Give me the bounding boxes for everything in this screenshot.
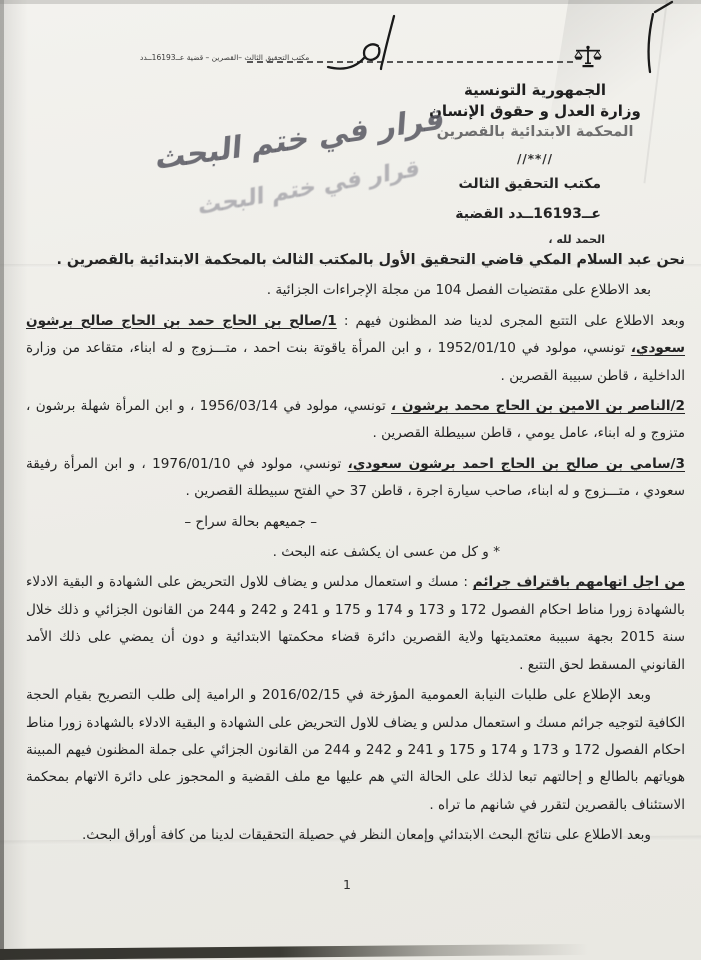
letterhead: الجمهورية التونسية وزارة العدل و حقوق ال…: [385, 80, 685, 170]
suspect-2-paragraph: 2/الناصر بن الامين بن الحاج محمد برشون ،…: [26, 393, 685, 448]
republic-title: الجمهورية التونسية: [385, 80, 685, 101]
charges-paragraph: من اجل اتهامهم باقتراف جرائم : مسك و است…: [26, 569, 685, 679]
judge-intro-line: نحن عبد السلام المكي قاضي التحقيق الأول …: [26, 247, 685, 274]
findings-paragraph: وبعد الاطلاع على نتائج البحث الابتدائي و…: [26, 822, 685, 849]
unknown-others-line: * و كل من عسى ان يكشف عنه البحث .: [26, 539, 500, 566]
suspect-1-paragraph: وبعد الاطلاع على التتبع المجرى لدينا ضد …: [26, 308, 685, 390]
suspect-3-paragraph: 3/سامي بن صالح بن الحاج احمد برشون سعودي…: [26, 451, 685, 506]
article-104-line: بعد الاطلاع على مقتضيات الفصل 104 من مجل…: [26, 277, 685, 304]
ministry-title: وزارة العدل و حقوق الإنسان: [385, 101, 685, 122]
suspect-1-details: تونسي، مولود في 1952/01/10 ، و ابن المرأ…: [26, 340, 685, 383]
suspect-2-name: 2/الناصر بن الامين بن الحاج محمد برشون ،: [391, 398, 685, 414]
court-title: المحكمة الابتدائية بالقصرين: [385, 122, 685, 143]
letterhead-separator: //**//: [385, 149, 685, 170]
hamd-line: الحمد لله ،: [548, 233, 605, 246]
pursuit-lead: وبعد الاطلاع على التتبع المجرى لدينا ضد …: [337, 313, 685, 329]
page-number: 1: [343, 877, 351, 892]
document-body: نحن عبد السلام المكي قاضي التحقيق الأول …: [26, 247, 685, 853]
scan-edge-bottom: [0, 943, 701, 960]
prosecution-requests-paragraph: وبعد الإطلاع على طلبات النيابة العمومية …: [26, 682, 685, 819]
scan-shadow-left: [0, 0, 28, 960]
release-status-line: – جميعهم بحالة سراح –: [26, 509, 317, 536]
suspect-3-name: 3/سامي بن صالح بن الحاج احمد برشون سعودي…: [348, 456, 685, 472]
investigation-office-line: مكتب التحقيق الثالث: [459, 176, 601, 192]
case-number-line: عــ16193ــدد القضية: [455, 206, 601, 222]
scales-of-justice-icon: [573, 45, 603, 75]
scan-edge-left: [0, 0, 4, 960]
scanned-court-document-page: مكتب التحقيق الثالث –القصرين – قضية عــ1…: [0, 0, 701, 960]
charges-lead: من اجل اتهامهم باقتراف جرائم: [473, 574, 685, 590]
handwritten-corner-stroke: [626, 0, 686, 84]
scan-edge-top: [0, 0, 701, 4]
handwritten-note: [318, 4, 414, 88]
